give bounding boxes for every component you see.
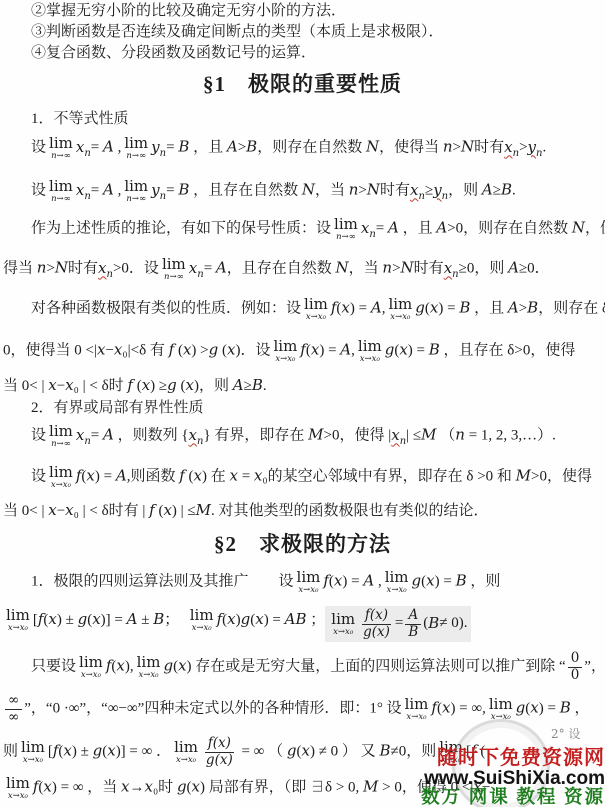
- section-heading: §1 极限的重要性质: [0, 71, 605, 98]
- math-var-subscripted: xn: [76, 138, 91, 156]
- lim-word: lim: [331, 612, 355, 627]
- math-var: A: [227, 138, 238, 156]
- math-var: g: [167, 376, 177, 394]
- lim-word: lim: [49, 179, 73, 194]
- text-run: ) =: [350, 301, 371, 317]
- lim-subscript: n→∞: [336, 233, 356, 242]
- text-run: ，则数列 {: [114, 428, 189, 444]
- text-run: =: [376, 221, 388, 237]
- math-var: B: [379, 741, 390, 759]
- text-run: >: [238, 140, 246, 156]
- lim-subscript: x→x₀: [8, 624, 28, 633]
- math-var: g: [209, 341, 219, 359]
- text-run: 时有: [380, 183, 410, 199]
- text-run: )．设: [235, 343, 270, 359]
- text-run: ) 局部有界，（即 ∃δ > 0,: [200, 780, 363, 796]
- text-run: = 1, 2, 3,…）.: [465, 428, 556, 444]
- text-run: ，且存在 δ>0，使得: [440, 343, 576, 359]
- text-run: 0，使得当 0 <|: [3, 343, 97, 359]
- math-line: 设limx→x₀f(x) = A,则函数 f (x) 在 x = x₀的某空心邻…: [0, 465, 605, 490]
- watermark-url: www.SuiShiXia.com: [421, 769, 605, 789]
- text-run: >: [519, 140, 527, 156]
- text-run: ) >: [191, 343, 208, 359]
- text-run: ) = ∞ ，当: [52, 780, 121, 796]
- lim-word: lim: [388, 297, 412, 312]
- text-run: ₀ | < δ时: [74, 378, 128, 394]
- fraction: AB: [405, 608, 421, 640]
- math-var-subscripted: xn: [189, 259, 204, 277]
- lim-word: lim: [334, 217, 358, 232]
- math-var: B: [428, 614, 439, 634]
- math-var-subscripted: yn: [151, 181, 166, 199]
- text-run: = ∞ （: [238, 743, 287, 759]
- math-var: x: [229, 467, 237, 485]
- limit-operator: limx→x₀: [331, 612, 355, 637]
- text-run: =: [166, 183, 178, 199]
- text-run: §2 求极限的方法: [214, 532, 391, 556]
- text-run: ) =: [319, 343, 340, 359]
- lim-word: lim: [124, 136, 148, 151]
- math-var-misspell-squiggle: xn: [444, 259, 459, 277]
- math-var-subscripted: xn: [361, 219, 376, 237]
- math-line: 设limn→∞xn= A ，则数列 {xn} 有界，即存在 M>0，使得 |xn…: [0, 424, 605, 449]
- intro-item: ②掌握无穷小阶的比较及确定无穷小阶的方法．: [0, 2, 605, 22]
- lim-subscript: x→x₀: [192, 624, 212, 633]
- math-var: x: [48, 376, 56, 394]
- math-var: n: [349, 181, 359, 199]
- lim-subscript: x→x₀: [23, 756, 43, 765]
- lim-word: lim: [190, 608, 214, 623]
- math-var: A: [127, 610, 138, 628]
- text-run: ，: [571, 700, 590, 716]
- lim-word: lim: [174, 740, 198, 755]
- math-line: 设limn→∞xn= A ,limn→∞yn= B ，且存在自然数 N，当 n>…: [0, 179, 605, 204]
- text-run: −: [57, 378, 65, 394]
- math-var: B: [501, 181, 512, 199]
- math-line: 当 0< | x−x₀ | < δ时有 | f (x) | ≤M. 对其他类型的…: [0, 501, 605, 522]
- lim-word: lim: [49, 424, 73, 439]
- text-run: ≥: [493, 183, 501, 199]
- lim-subscript: x→x₀: [176, 756, 196, 765]
- lim-subscript: x→x₀: [8, 792, 28, 801]
- math-var: B: [429, 341, 440, 359]
- math-var: A: [116, 467, 127, 485]
- limit-operator: limx→x₀: [79, 655, 103, 680]
- math-var: x: [86, 467, 94, 485]
- text-run: ) ±: [72, 743, 93, 759]
- text-run: ≥0，则: [459, 261, 508, 277]
- text-run: ，当: [349, 261, 383, 277]
- text-run: ) =: [95, 469, 116, 485]
- math-var: B: [527, 299, 538, 317]
- limit-operator: limn→∞: [49, 424, 73, 449]
- lim-word: lim: [162, 257, 186, 272]
- fraction: ∞∞: [5, 693, 22, 725]
- text-run: ，且: [189, 140, 227, 156]
- partially-hidden-text: 2° 设: [551, 725, 580, 742]
- math-var-misspell-squiggle: yn: [433, 181, 448, 199]
- limit-operator: limx→x₀: [190, 608, 214, 633]
- text-run: ₀ | < δ时有 |: [74, 503, 150, 519]
- lim-word: lim: [124, 179, 148, 194]
- math-var-subscripted: xn: [76, 426, 91, 444]
- text-run: >: [46, 261, 54, 277]
- math-var: x: [92, 610, 100, 628]
- text-run: .: [263, 378, 267, 394]
- math-var: A: [340, 341, 351, 359]
- limit-operator: limn→∞: [124, 136, 148, 161]
- lim-word: lim: [297, 570, 321, 585]
- text-run: ≥: [425, 183, 433, 199]
- text-run: . 对其他类型的函数极限也有类似的结论．: [211, 503, 489, 519]
- text-run: −: [105, 343, 113, 359]
- math-var: n: [382, 259, 392, 277]
- text-run: =: [166, 140, 178, 156]
- limit-operator: limx→x₀: [6, 776, 30, 801]
- watermark-site-name: 随时下免费资源网: [421, 748, 605, 769]
- lim-subscript: n→∞: [126, 195, 146, 204]
- lim-word: lim: [489, 697, 513, 712]
- text-run: 时有: [474, 140, 504, 156]
- math-var: x: [341, 299, 349, 317]
- math-var: x: [116, 656, 124, 674]
- text-run: 则: [3, 743, 18, 759]
- text-run: ,: [351, 343, 355, 359]
- math-line: 得当 n>N时有xn>0．设limn→∞xn= A，且存在自然数 N，当 n>N…: [0, 257, 605, 282]
- lim-word: lim: [304, 297, 328, 312]
- text-run: } 有界，即存在: [203, 428, 308, 444]
- math-line: 只要设limx→x₀f(x),limx→x₀g(x) 存在或是无穷大量，上面的四…: [0, 651, 605, 683]
- math-var: x: [43, 778, 51, 796]
- text-run: | ≤: [406, 428, 421, 444]
- math-line: 对各种函数极限有类似的性质．例如：设limx→x₀f(x) = A,limx→x…: [0, 297, 605, 322]
- denominator: 0: [568, 668, 583, 684]
- text-run: ，且: [399, 221, 437, 237]
- document-page: ②掌握无穷小阶的比较及确定无穷小阶的方法．③判断函数是否连续及确定间断点的类型（…: [0, 0, 605, 807]
- math-var: B: [178, 138, 189, 156]
- text-run: ②掌握无穷小阶的比较及确定无穷小阶的方法．: [31, 3, 346, 19]
- math-var: x: [301, 741, 309, 759]
- text-run: ) ±: [57, 612, 78, 628]
- math-var: g: [415, 299, 425, 317]
- text-run: (: [174, 343, 183, 359]
- text-run: .: [512, 183, 516, 199]
- text-run: ≥: [244, 378, 252, 394]
- text-run: ≠ 0).: [439, 614, 467, 634]
- math-var: B: [153, 610, 164, 628]
- limit-operator: limn→∞: [334, 217, 358, 242]
- math-var: x: [142, 376, 150, 394]
- limit-operator: limx→x₀: [174, 740, 198, 765]
- math-var: A: [436, 219, 447, 237]
- watermark: 随时下免费资源网 www.SuiShiXia.com 数万 网课 教程 资源: [421, 748, 605, 807]
- limit-operator: limn→∞: [49, 179, 73, 204]
- text-run: >: [358, 183, 366, 199]
- numerator: A: [405, 608, 421, 625]
- text-run: ,: [114, 183, 122, 199]
- text-run: >0，使得: [531, 469, 592, 485]
- math-var: x: [144, 778, 152, 796]
- text-run: 设: [31, 140, 46, 156]
- numerator: f(x): [362, 608, 391, 625]
- math-var: N: [572, 219, 585, 237]
- lim-word: lim: [49, 465, 73, 480]
- math-var: g: [177, 778, 187, 796]
- text-run: )] =: [101, 612, 127, 628]
- math-var: x: [163, 501, 171, 519]
- text-run: 时有: [414, 261, 444, 277]
- text-run: 2．有界或局部有界性性质: [31, 400, 204, 416]
- lim-subscript: n→∞: [51, 195, 71, 204]
- math-var: g: [516, 698, 526, 716]
- text-run: ”，“0 ·∞”，“∞−∞”四种未定式以外的各种情形．即：1° 设: [24, 700, 401, 716]
- text-run: >: [392, 261, 400, 277]
- text-run: ) = ∞,: [450, 700, 485, 716]
- math-var-misspell-squiggle: yn: [528, 138, 543, 156]
- text-run: ) ≠ 0 ） 又: [310, 743, 379, 759]
- math-var: N: [367, 181, 380, 199]
- text-run: ④复合函数、分段函数及函数记号的运算．: [31, 45, 316, 61]
- math-var: x: [192, 778, 200, 796]
- math-line: 0，使得当 0 <|x−x₀|<δ 有 f (x) >g (x)．设limx→x…: [0, 339, 605, 364]
- math-var: A: [233, 376, 244, 394]
- math-var: N: [302, 181, 315, 199]
- math-var: g: [163, 656, 173, 674]
- math-var-misspell-squiggle: xn: [189, 426, 204, 444]
- text-run: ₀|<δ 有: [122, 343, 168, 359]
- math-var: g: [412, 572, 422, 590]
- math-var: N: [55, 259, 68, 277]
- watermark-tagline: 数万 网课 教程 资源: [421, 789, 605, 807]
- text-run: 设: [31, 469, 46, 485]
- math-var: n: [455, 426, 465, 444]
- text-run: ) 存在或是无穷大量，上面的四则运算法则可以推广到除 “: [187, 658, 566, 674]
- text-run: 只要设: [31, 658, 76, 674]
- math-var: g: [241, 610, 251, 628]
- math-var: x: [178, 656, 186, 674]
- text-run: 当 0< |: [3, 378, 48, 394]
- math-var: A: [371, 299, 382, 317]
- text-run: ，则存在自然数: [257, 140, 366, 156]
- text-run: （: [437, 428, 456, 444]
- text-run: (: [177, 378, 186, 394]
- math-var: x: [186, 376, 194, 394]
- lim-subscript: x→x₀: [390, 313, 410, 322]
- limit-operator: limx→x₀: [21, 740, 45, 765]
- text-run: >: [519, 301, 527, 317]
- text-run: )，则: [194, 378, 233, 394]
- math-var: M: [516, 467, 531, 485]
- math-var-subscripted: yn: [151, 138, 166, 156]
- text-run: ,: [382, 301, 386, 317]
- math-var: B: [178, 181, 189, 199]
- math-var: B: [560, 698, 571, 716]
- math-var: M: [363, 778, 378, 796]
- text-run: ) 在: [202, 469, 230, 485]
- text-run: ,: [374, 574, 382, 590]
- text-run: ) =: [342, 574, 363, 590]
- denominator: B: [405, 625, 421, 641]
- text-run: ) =: [438, 301, 459, 317]
- math-var: A: [482, 181, 493, 199]
- math-var: n: [443, 138, 453, 156]
- math-var-subscripted: xn: [76, 181, 91, 199]
- math-var: A: [363, 572, 374, 590]
- limit-operator: limn→∞: [49, 136, 73, 161]
- text-run: →: [129, 780, 144, 796]
- lim-subscript: x→x₀: [333, 628, 353, 637]
- math-var: x: [65, 376, 73, 394]
- limit-operator: limx→x₀: [388, 297, 412, 322]
- math-var: A: [103, 138, 114, 156]
- text-run: ₀时: [153, 780, 177, 796]
- math-var: x: [530, 698, 538, 716]
- text-run: =: [91, 183, 103, 199]
- text-run: 作为上述性质的推论，有如下的保号性质：设: [31, 221, 331, 237]
- lim-word: lim: [6, 608, 30, 623]
- numerator: f(x): [205, 736, 234, 753]
- math-var: x: [426, 572, 434, 590]
- math-var: B: [252, 376, 263, 394]
- math-var: A: [508, 299, 519, 317]
- math-var: x: [194, 467, 202, 485]
- text-run: 对各种函数极限有类似的性质．例如：设: [31, 301, 301, 317]
- text-run: >: [453, 140, 461, 156]
- denominator: g(x): [360, 625, 393, 641]
- shaded-expression: limx→x₀f(x)g(x) = AB(B ≠ 0).: [325, 606, 470, 642]
- text-run: ) =: [435, 574, 456, 590]
- lim-subscript: x→x₀: [138, 671, 158, 680]
- lim-subscript: x→x₀: [387, 586, 407, 595]
- math-line: limx→x₀[f(x) ± g(x)] = A ± B； limx→x₀f(x…: [0, 606, 605, 642]
- math-var-misspell-squiggle: xn: [391, 426, 406, 444]
- text-run: ；: [307, 612, 326, 628]
- text-run: ，且存在自然数: [189, 183, 302, 199]
- subsection-title: 2．有界或局部有界性性质: [0, 399, 605, 419]
- text-run: 设: [31, 428, 46, 444]
- text-run: ，当: [315, 183, 349, 199]
- math-line: 作为上述性质的推论，有如下的保号性质：设limn→∞xn= A ，且 A>0，则…: [0, 217, 605, 242]
- math-var: x: [65, 501, 73, 519]
- lim-subscript: n→∞: [164, 273, 184, 282]
- lim-subscript: n→∞: [126, 152, 146, 161]
- limit-operator: limx→x₀: [297, 570, 321, 595]
- text-run: ) =: [539, 700, 560, 716]
- text-run: ，且: [470, 301, 508, 317]
- text-run: ±: [137, 612, 153, 628]
- text-run: ) | ≤: [172, 503, 196, 519]
- lim-word: lim: [6, 776, 30, 791]
- lim-subscript: x→x₀: [298, 586, 318, 595]
- limit-operator: limx→x₀: [6, 608, 30, 633]
- math-var: g: [93, 741, 103, 759]
- text-run: ③判断函数是否连续及确定间断点的类型（本质上是求极限）．: [31, 24, 444, 40]
- text-run: =: [91, 140, 103, 156]
- lim-word: lim: [21, 740, 45, 755]
- text-run: ，且存在自然数: [227, 261, 336, 277]
- text-run: ) =: [408, 343, 429, 359]
- fraction: f(x)g(x): [360, 608, 393, 640]
- math-var: g: [385, 341, 395, 359]
- text-run: ，使得当: [379, 140, 443, 156]
- lim-subscript: n→∞: [51, 152, 71, 161]
- text-run: ) =: [264, 612, 285, 628]
- math-var: n: [37, 259, 47, 277]
- math-var: A: [388, 219, 399, 237]
- text-run: (: [133, 378, 142, 394]
- math-var: x: [255, 610, 263, 628]
- text-run: ；: [164, 612, 187, 628]
- text-run: 得当: [3, 261, 37, 277]
- intro-item: ④复合函数、分段函数及函数记号的运算．: [0, 44, 605, 64]
- text-run: =: [91, 428, 103, 444]
- math-var: M: [308, 426, 323, 444]
- text-run: >0，则存在自然数: [447, 221, 572, 237]
- text-run: =: [204, 261, 216, 277]
- math-line: 1．极限的四则运算法则及其推广 设limx→x₀f(x) = A ,limx→x…: [0, 570, 605, 595]
- math-var: B: [456, 572, 467, 590]
- text-run: 1．极限的四则运算法则及其推广 设: [31, 574, 294, 590]
- math-var: M: [196, 501, 211, 519]
- text-run: ，则存在 δ>: [538, 301, 605, 317]
- text-run: 设: [31, 183, 46, 199]
- math-var: M: [421, 426, 436, 444]
- fraction: 00: [568, 651, 583, 683]
- text-run: 时有: [68, 261, 98, 277]
- lim-subscript: x→x₀: [51, 481, 71, 490]
- limit-operator: limx→x₀: [358, 339, 382, 364]
- fraction: f(x)g(x): [203, 736, 236, 768]
- limit-operator: limx→x₀: [49, 465, 73, 490]
- text-run: ₀的某空心邻域中有界，即存在 δ >0 和: [262, 469, 515, 485]
- text-run: )] = ∞ ．: [116, 743, 171, 759]
- subsection-title: 1．不等式性质: [0, 110, 605, 130]
- lim-word: lim: [49, 136, 73, 151]
- math-var-misspell-squiggle: xn: [504, 138, 519, 156]
- text-run: >0．设: [113, 261, 159, 277]
- numerator: 0: [568, 651, 583, 668]
- text-run: 1．不等式性质: [31, 111, 129, 127]
- limit-operator: limx→x₀: [137, 655, 161, 680]
- text-run: §1 极限的重要性质: [203, 72, 402, 96]
- denominator: ∞: [5, 710, 22, 726]
- text-run: ) ≥: [150, 378, 167, 394]
- math-var: N: [336, 259, 349, 277]
- text-run: ,: [114, 140, 122, 156]
- math-var: AB: [285, 610, 307, 628]
- math-line: 设limn→∞xn= A ,limn→∞yn= B ，且 A>B，则存在自然数 …: [0, 136, 605, 161]
- math-var: B: [459, 299, 470, 317]
- math-line: 当 0< | x−x₀ | < δ时 f (x) ≥g (x)，则 A≥B.: [0, 376, 605, 397]
- math-var: A: [103, 426, 114, 444]
- lim-word: lim: [137, 655, 161, 670]
- lim-subscript: x→x₀: [360, 355, 380, 364]
- math-var: x: [48, 610, 56, 628]
- math-var-misspell-squiggle: xn: [98, 259, 113, 277]
- limit-operator: limx→x₀: [405, 697, 429, 722]
- math-var: N: [401, 259, 414, 277]
- math-var: x: [63, 741, 71, 759]
- limit-operator: limn→∞: [162, 257, 186, 282]
- math-var: x: [107, 741, 115, 759]
- section-heading: §2 求极限的方法: [0, 531, 605, 558]
- numerator: ∞: [5, 693, 22, 710]
- math-var: N: [366, 138, 379, 156]
- lim-word: lim: [273, 339, 297, 354]
- text-run: 当 0< |: [3, 503, 48, 519]
- lim-subscript: x→x₀: [406, 713, 426, 722]
- limit-operator: limn→∞: [124, 179, 148, 204]
